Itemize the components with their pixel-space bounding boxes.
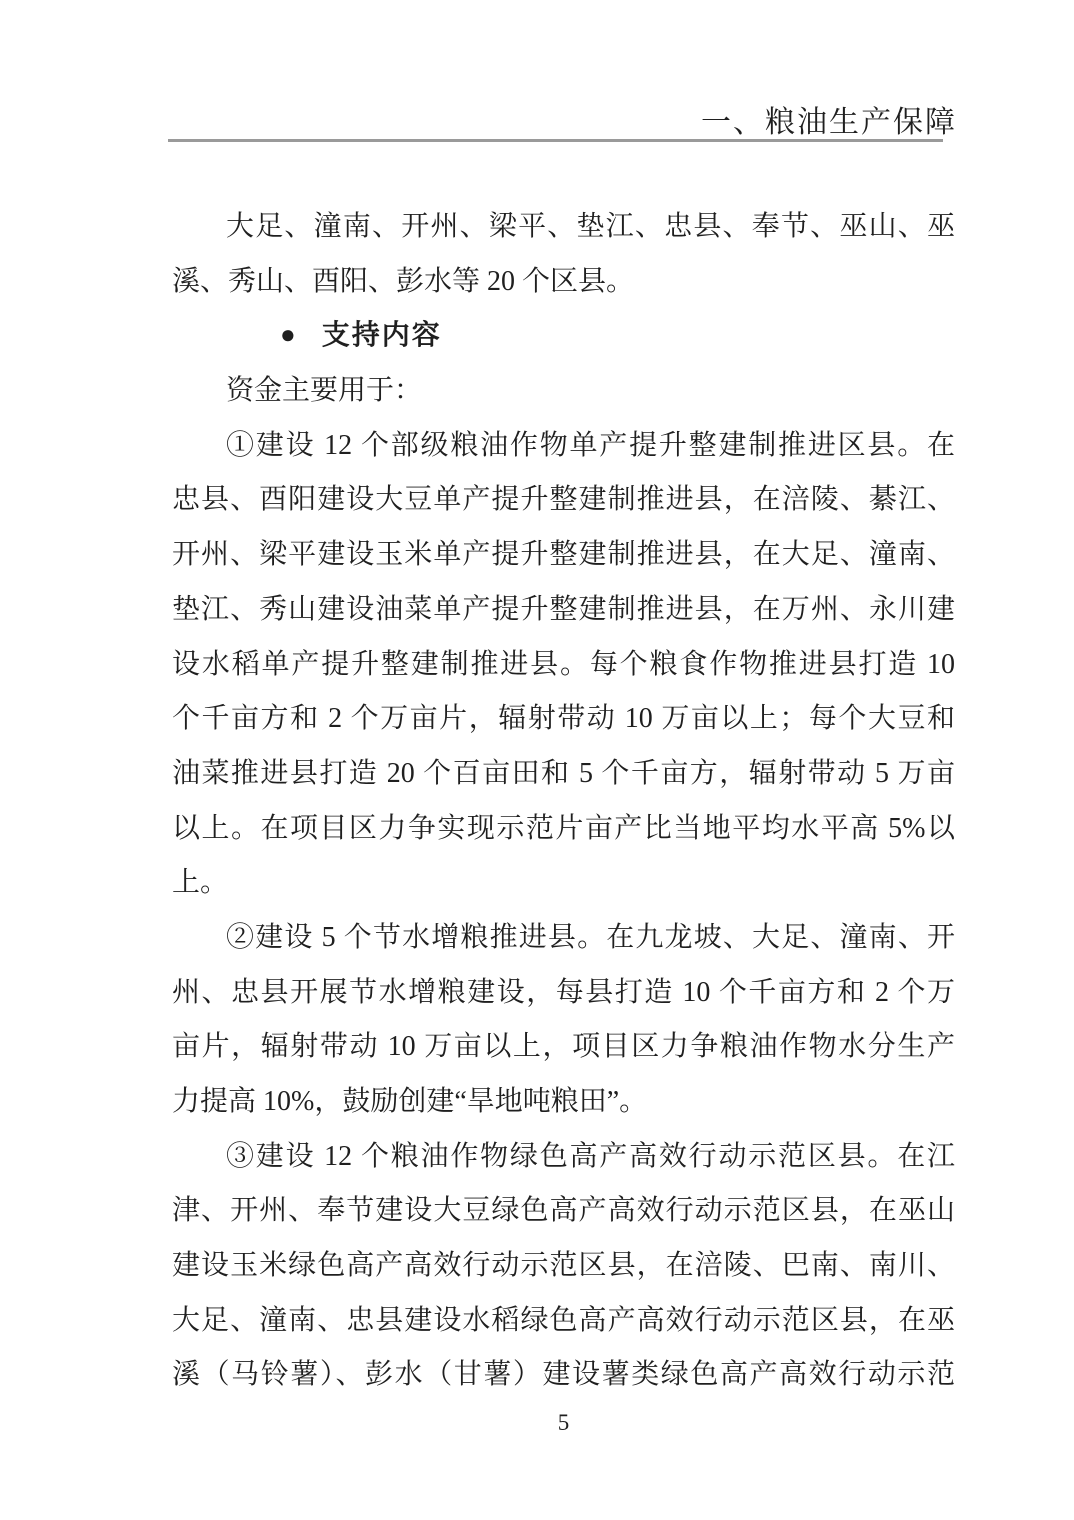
page-number: 5 [558,1410,570,1435]
text-line: ③建设 12 个粮油作物绿色高产高效行动示范区县。在江 [172,1130,955,1185]
text-line: 溪、秀山、酉阳、彭水等 20 个区县。 [172,255,955,310]
document-page: 一、粮油生产保障 大足、潼南、开州、梁平、垫江、忠县、奉节、巫山、巫 溪、秀山、… [0,0,1074,1520]
text-line: 设水稻单产提升整建制推进县。每个粮食作物推进县打造 10 [172,638,955,693]
header-section-title: 一、粮油生产保障 [701,97,957,141]
text-line: 开州、梁平建设玉米单产提升整建制推进县，在大足、潼南、 [172,528,955,583]
text-line: ①建设 12 个部级粮油作物单产提升整建制推进区县。在 [172,419,955,474]
page-footer: 5 [172,1410,955,1436]
header-rule [168,139,943,142]
text-line: 州、忠县开展节水增粮建设，每县打造 10 个千亩方和 2 个万 [172,966,955,1021]
text-line: 津、开州、奉节建设大豆绿色高产高效行动示范区县，在巫山 [172,1184,955,1239]
text-line: 上。 [172,856,955,911]
text-line: 溪（马铃薯）、彭水（甘薯）建设薯类绿色高产高效行动示范 [172,1348,955,1403]
text-line: ②建设 5 个节水增粮推进县。在九龙坡、大足、潼南、开 [172,911,955,966]
support-heading-label: 支持内容 [322,320,442,351]
bullet-icon: ● [226,308,296,363]
text-line: 油菜推进县打造 20 个百亩田和 5 个千亩方，辐射带动 5 万亩 [172,747,955,802]
text-line: 忠县、酉阳建设大豆单产提升整建制推进县，在涪陵、綦江、 [172,473,955,528]
text-line: 垫江、秀山建设油菜单产提升整建制推进县，在万州、永川建 [172,583,955,638]
support-heading: ●支持内容 [172,309,955,364]
document-body: 大足、潼南、开州、梁平、垫江、忠县、奉节、巫山、巫 溪、秀山、酉阳、彭水等 20… [172,200,955,1403]
text-line: 以上。在项目区力争实现示范片亩产比当地平均水平高 5%以 [172,802,955,857]
text-line: 大足、潼南、开州、梁平、垫江、忠县、奉节、巫山、巫 [172,200,955,255]
text-line: 个千亩方和 2 个万亩片，辐射带动 10 万亩以上；每个大豆和 [172,692,955,747]
text-line: 亩片，辐射带动 10 万亩以上，项目区力争粮油作物水分生产 [172,1020,955,1075]
text-line: 资金主要用于： [172,364,955,419]
text-line: 大足、潼南、忠县建设水稻绿色高产高效行动示范区县，在巫 [172,1294,955,1349]
text-line: 力提高 10%，鼓励创建“旱地吨粮田”。 [172,1075,955,1130]
text-line: 建设玉米绿色高产高效行动示范区县，在涪陵、巴南、南川、 [172,1239,955,1294]
